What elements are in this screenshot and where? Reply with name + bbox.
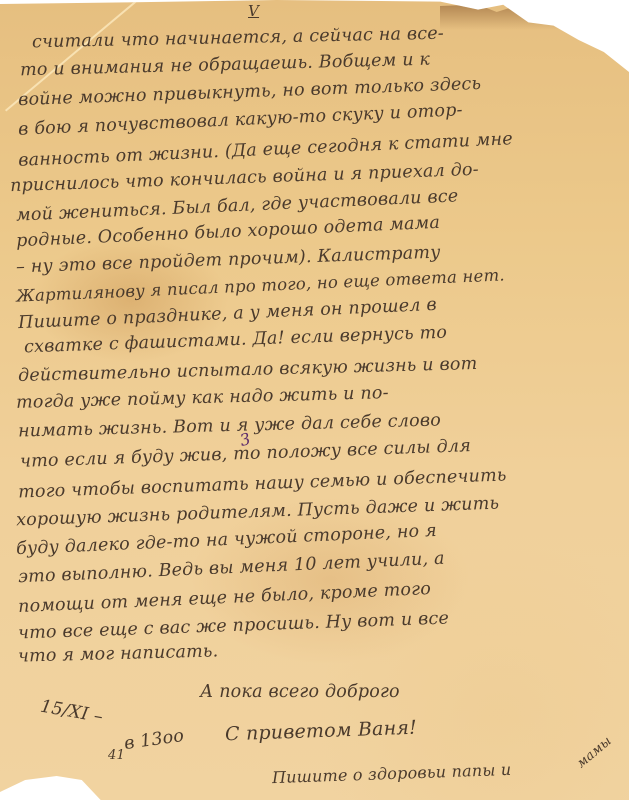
postscript-margin: мамы (574, 734, 615, 772)
letter-line: что я мог написать. (18, 641, 219, 666)
time-note: в 13оо (123, 726, 185, 754)
closing-line: А пока всего доброго (200, 682, 400, 702)
letter-line: нимать жизнь. Вот и я уже дал себе слово (18, 410, 441, 441)
letter-line: то и внимания не обращаешь. Вобщем и к (20, 50, 431, 81)
letter-page: V 2 считали что начинается, а сейчас на … (0, 0, 629, 800)
postscript: Пишите о здоровьи папы и (272, 760, 512, 787)
page-number: 2 (592, 22, 604, 43)
burnt-edge (440, 0, 629, 30)
letter-line: действительно испытало всякую жизнь и во… (18, 354, 478, 386)
signature: С приветом Ваня! (225, 717, 418, 746)
year-note: 41 (108, 748, 125, 763)
letter-line: тогда уже пойму как надо жить и по- (16, 383, 389, 413)
letter-date: 15/XI – (39, 697, 105, 728)
letter-line: считали что начинается, а сейчас на все- (32, 24, 444, 53)
section-mark: V (248, 2, 259, 20)
